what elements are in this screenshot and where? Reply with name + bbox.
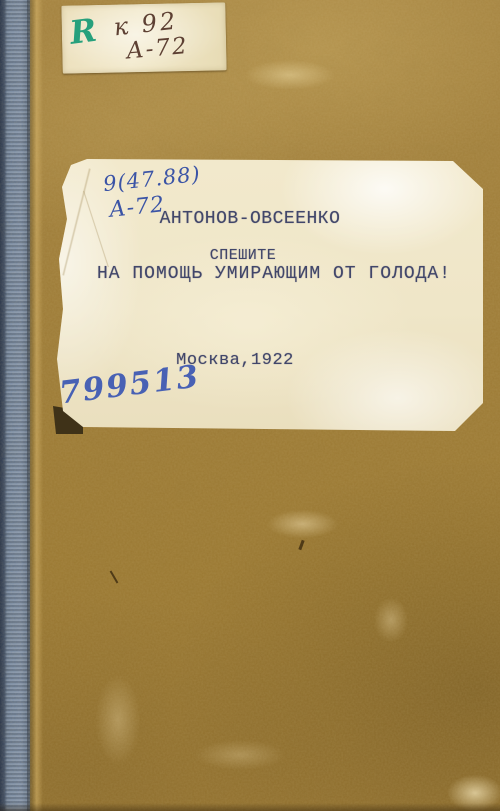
handwritten-class-number: 9(47.88) xyxy=(102,162,202,196)
spine-cover-hinge xyxy=(27,0,43,811)
photo-bottom-shadow xyxy=(0,803,500,811)
rarity-mark-r: R xyxy=(68,14,98,49)
title-line-2: НА ПОМОЩЬ УМИРАЮЩИМ ОТ ГОЛОДА! xyxy=(65,264,483,284)
imprint-moscow-1922: Москва,1922 xyxy=(57,351,413,370)
book-spine-dark-edge xyxy=(0,0,7,811)
main-title-label: 9(47.88) А-72 АНТОНОВ-ОВСЕЕНКО СПЕШИТЕ Н… xyxy=(57,159,483,431)
book-cover-photo: R к 92 А-72 9(47.88) А-72 АНТОНОВ-ОВСЕЕН… xyxy=(0,0,500,811)
small-call-number-label: R к 92 А-72 xyxy=(61,2,226,73)
title-line-1: СПЕШИТЕ xyxy=(57,247,429,264)
author-name: АНТОНОВ-ОВСЕЕНКО xyxy=(57,209,443,229)
shelf-mark-line2: А-72 xyxy=(125,35,189,64)
